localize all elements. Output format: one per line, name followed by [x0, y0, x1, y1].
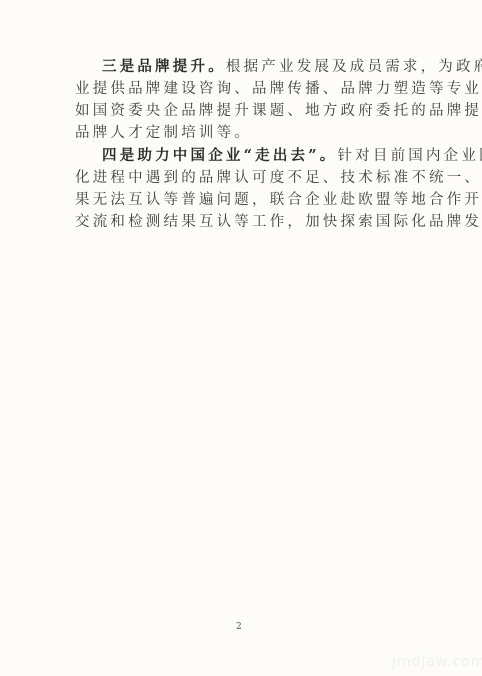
paragraph-line: 化进程中遇到的品牌认可度不足、技术标准不统一、检测结 [75, 167, 415, 189]
paragraph-line: 果无法互认等普遍问题，联合企业赴欧盟等地合作开展标准 [75, 189, 415, 211]
paragraph-line: 三是品牌提升。根据产业发展及成员需求，为政府和企 [75, 56, 415, 78]
page-number: 2 [236, 622, 242, 632]
paragraph-lead: 三是品牌提升。 [102, 58, 226, 75]
paragraph-line: 交流和检测结果互认等工作，加快探索国际化品牌发展路径。 [75, 211, 415, 233]
paragraph-brand-upgrade: 三是品牌提升。根据产业发展及成员需求，为政府和企 业提供品牌建设咨询、品牌传播、… [75, 56, 415, 144]
paragraph-line: 如国资委央企品牌提升课题、地方政府委托的品牌提升咨询 [75, 100, 415, 122]
paragraph-line: 业提供品牌建设咨询、品牌传播、品牌力塑造等专业服务， [75, 78, 415, 100]
paragraph-line: 品牌人才定制培训等。 [75, 122, 415, 144]
line-text: 针对目前国内企业国际 [337, 148, 482, 164]
line-text: 根据产业发展及成员需求，为政府和企 [226, 59, 482, 75]
paragraph-lead: 四是助力中国企业“走出去”。 [102, 147, 337, 164]
paragraph-line: 四是助力中国企业“走出去”。针对目前国内企业国际 [75, 145, 415, 167]
paragraph-going-global: 四是助力中国企业“走出去”。针对目前国内企业国际 化进程中遇到的品牌认可度不足、… [75, 145, 415, 233]
watermark: jmdjaw.com [392, 654, 482, 670]
document-page: 三是品牌提升。根据产业发展及成员需求，为政府和企 业提供品牌建设咨询、品牌传播、… [0, 0, 482, 676]
